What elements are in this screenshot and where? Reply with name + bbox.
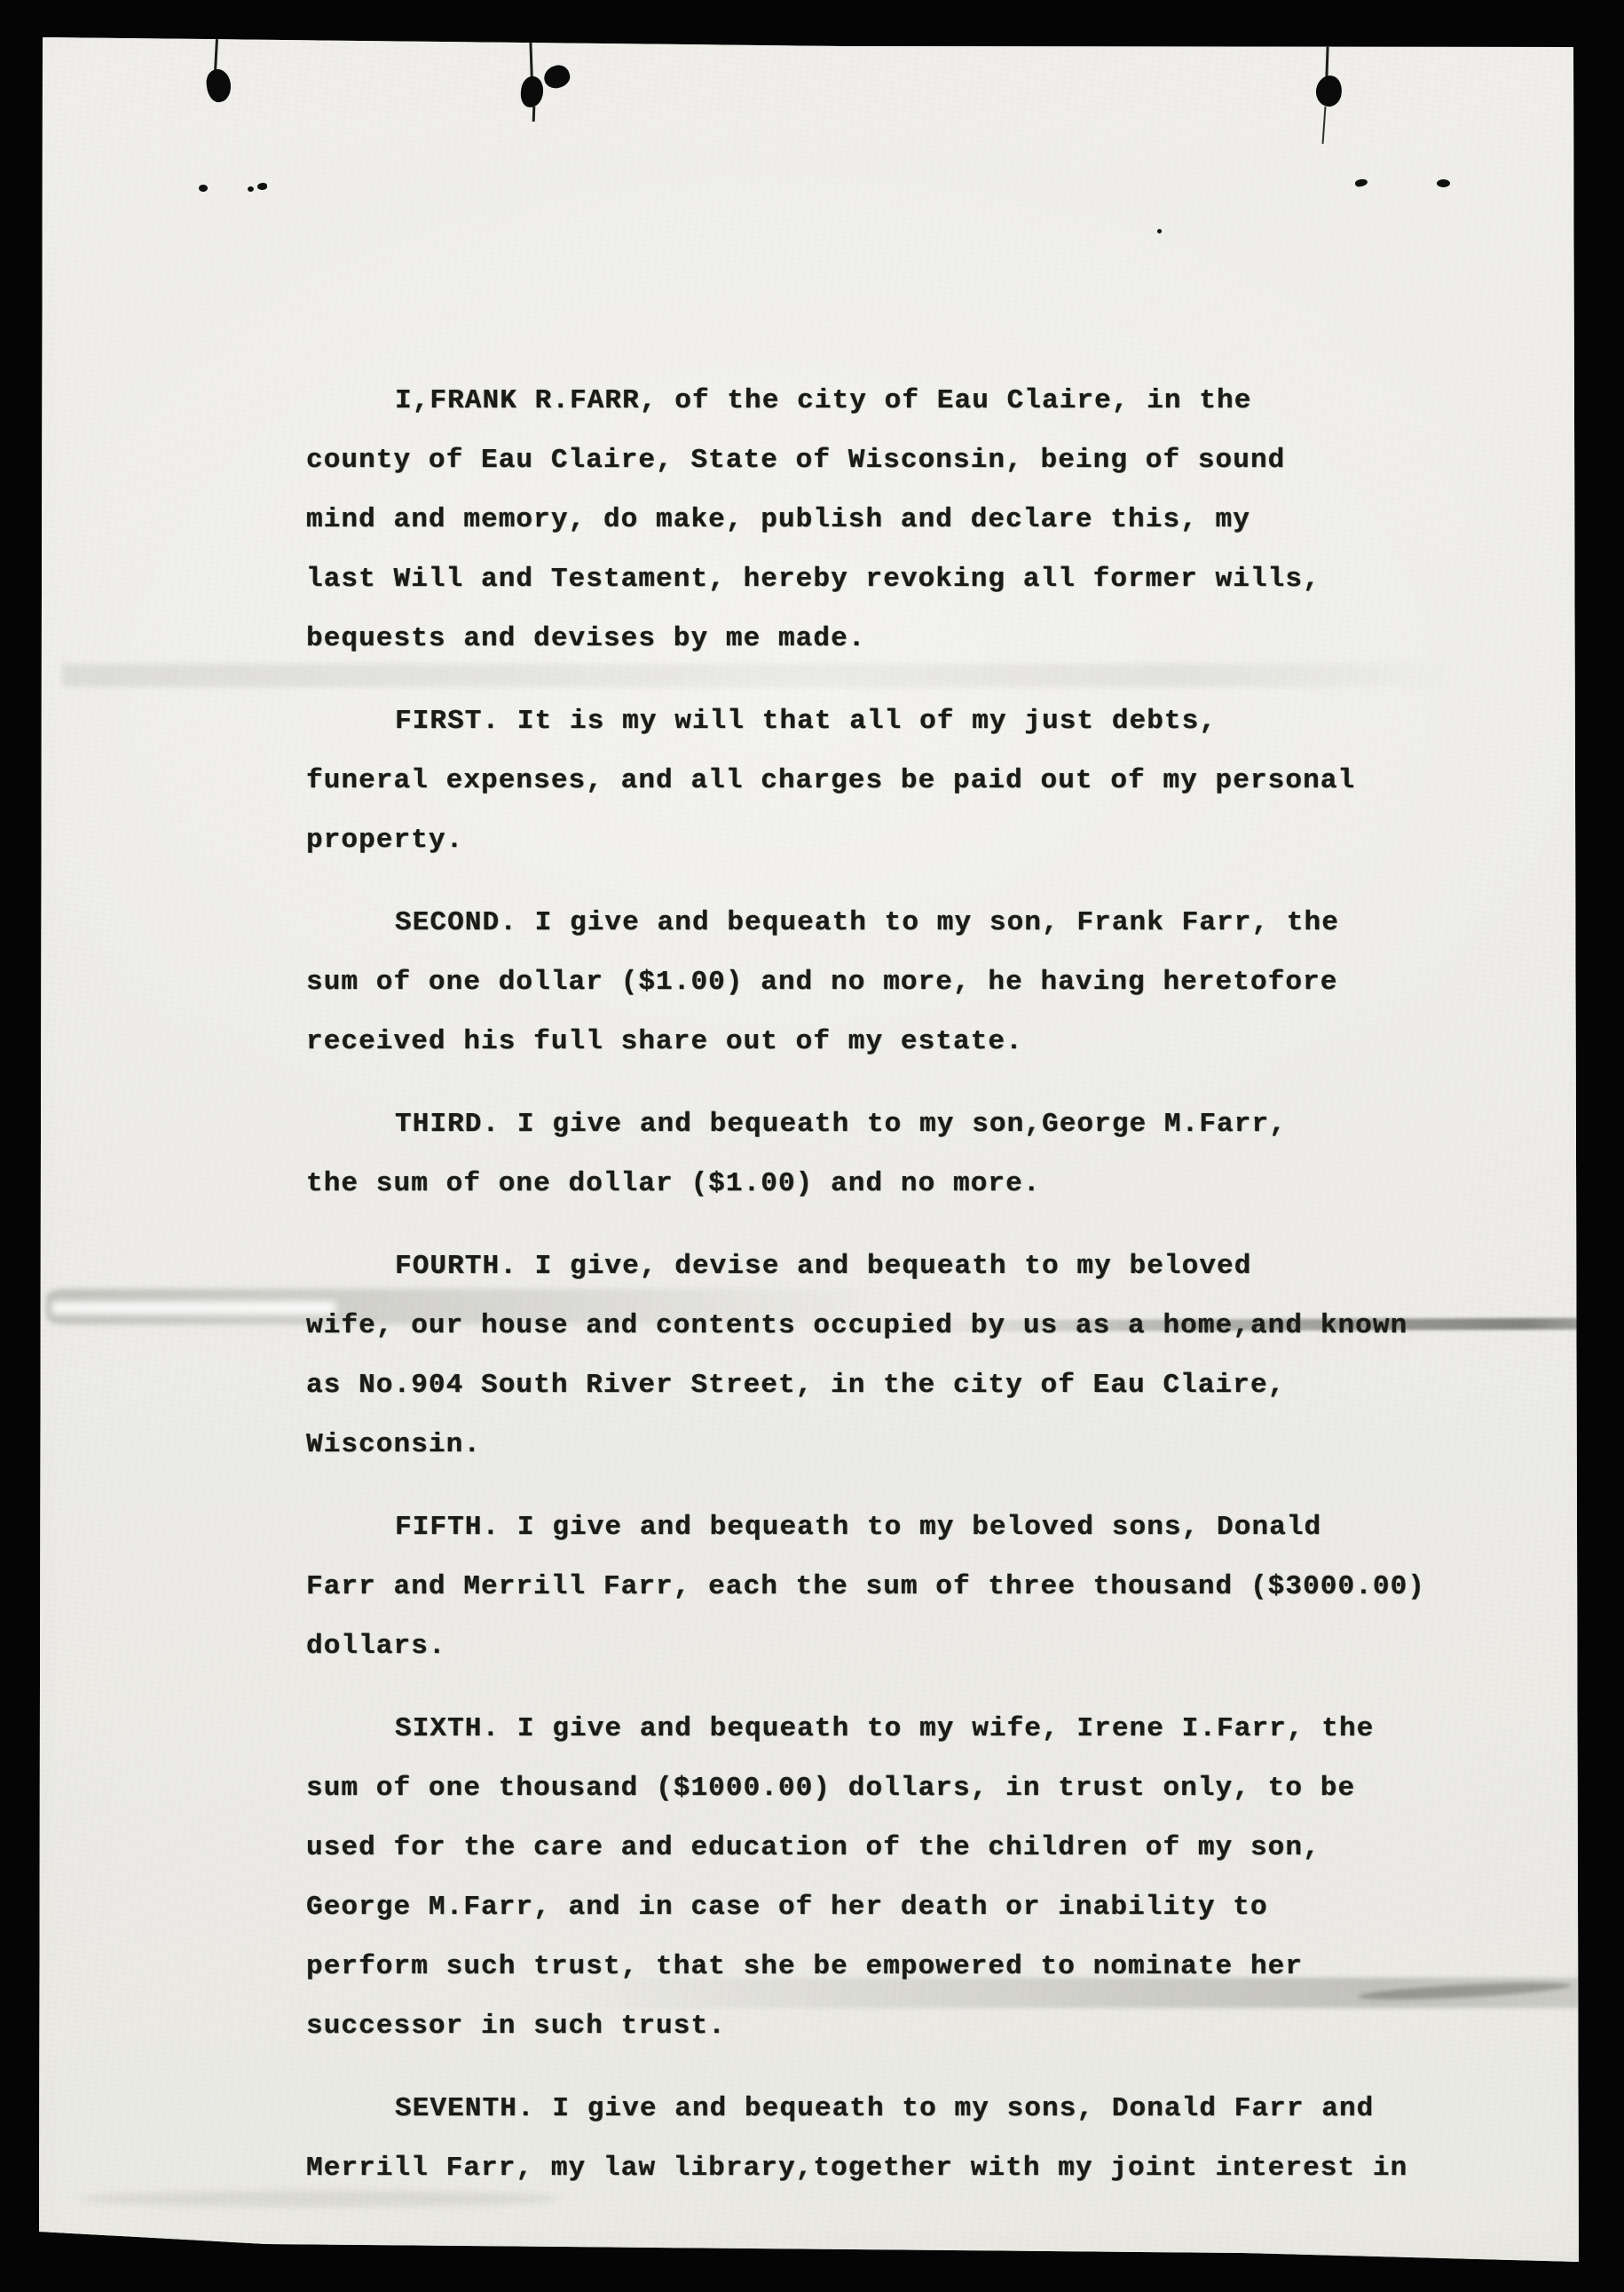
text-line: funeral expenses, and all charges be pai… [306, 751, 1460, 810]
text-line: county of Eau Claire, State of Wisconsin… [306, 431, 1460, 490]
center-pin-head2-icon [541, 62, 572, 91]
text-line: THIRD. I give and bequeath to my son,Geo… [306, 1095, 1460, 1154]
text-line: last Will and Testament, hereby revoking… [306, 549, 1460, 609]
text-line: mind and memory, do make, publish and de… [306, 490, 1460, 549]
text-line: SEVENTH. I give and bequeath to my sons,… [306, 2079, 1460, 2138]
text-line: used for the care and education of the c… [306, 1818, 1460, 1877]
center-pin-shaft [529, 36, 533, 80]
paragraph-fourth-clause: FOURTH. I give, devise and bequeath to m… [306, 1237, 1460, 1474]
text-line: FIRST. It is my will that all of my just… [306, 692, 1460, 751]
ink-speck [1157, 229, 1162, 233]
text-line: successor in such trust. [306, 1996, 1460, 2056]
paragraph-third-clause: THIRD. I give and bequeath to my son,Geo… [306, 1095, 1460, 1213]
center-pin-tail [532, 107, 536, 122]
center-pin-head-icon [519, 75, 545, 108]
text-line: FIFTH. I give and bequeath to my beloved… [306, 1498, 1460, 1557]
text-line: Merrill Farr, my law library,together wi… [306, 2138, 1460, 2198]
left-pin-head-icon [205, 67, 233, 103]
text-line: property. [306, 810, 1460, 870]
text-line: the sum of one dollar ($1.00) and no mor… [306, 1154, 1460, 1213]
paragraph-first-clause: FIRST. It is my will that all of my just… [306, 692, 1460, 870]
fold-crease-middle-highlight [51, 1301, 335, 1315]
text-line: bequests and devises by me made. [306, 609, 1460, 668]
text-line: sum of one dollar ($1.00) and no more, h… [306, 952, 1460, 1012]
text-line: received his full share out of my estate… [306, 1012, 1460, 1071]
right-pin-tail [1322, 107, 1327, 144]
paragraph-second-clause: SECOND. I give and bequeath to my son, F… [306, 893, 1460, 1071]
text-line: I,FRANK R.FARR, of the city of Eau Clair… [306, 371, 1460, 431]
text-line: FOURTH. I give, devise and bequeath to m… [306, 1237, 1460, 1296]
ink-speck [199, 185, 208, 192]
ink-speck [257, 183, 267, 190]
paragraph-sixth-clause: SIXTH. I give and bequeath to my wife, I… [306, 1699, 1460, 2056]
ink-speck [1437, 179, 1450, 187]
paragraph-seventh-clause: SEVENTH. I give and bequeath to my sons,… [306, 2079, 1460, 2198]
text-line: SECOND. I give and bequeath to my son, F… [306, 893, 1460, 952]
paper-page: I,FRANK R.FARR, of the city of Eau Clair… [0, 0, 1624, 2292]
ink-speck [248, 186, 254, 192]
ink-speck [1355, 178, 1368, 187]
scanned-document-photo: I,FRANK R.FARR, of the city of Eau Clair… [0, 0, 1624, 2292]
text-line: George M.Farr, and in case of her death … [306, 1877, 1460, 1937]
document-text: I,FRANK R.FARR, of the city of Eau Clair… [306, 371, 1460, 2221]
text-line: as No.904 South River Street, in the cit… [306, 1355, 1460, 1415]
text-line: perform such trust, that she be empowere… [306, 1937, 1460, 1996]
text-line: dollars. [306, 1616, 1460, 1676]
text-line: Farr and Merrill Farr, each the sum of t… [306, 1557, 1460, 1616]
text-line: sum of one thousand ($1000.00) dollars, … [306, 1759, 1460, 1818]
text-line: Wisconsin. [306, 1415, 1460, 1474]
text-line: wife, our house and contents occupied by… [306, 1296, 1460, 1355]
paragraph-fifth-clause: FIFTH. I give and bequeath to my beloved… [306, 1498, 1460, 1676]
text-line: SIXTH. I give and bequeath to my wife, I… [306, 1699, 1460, 1759]
right-pin-head-icon [1313, 74, 1344, 109]
paragraph-preamble: I,FRANK R.FARR, of the city of Eau Clair… [306, 371, 1460, 668]
